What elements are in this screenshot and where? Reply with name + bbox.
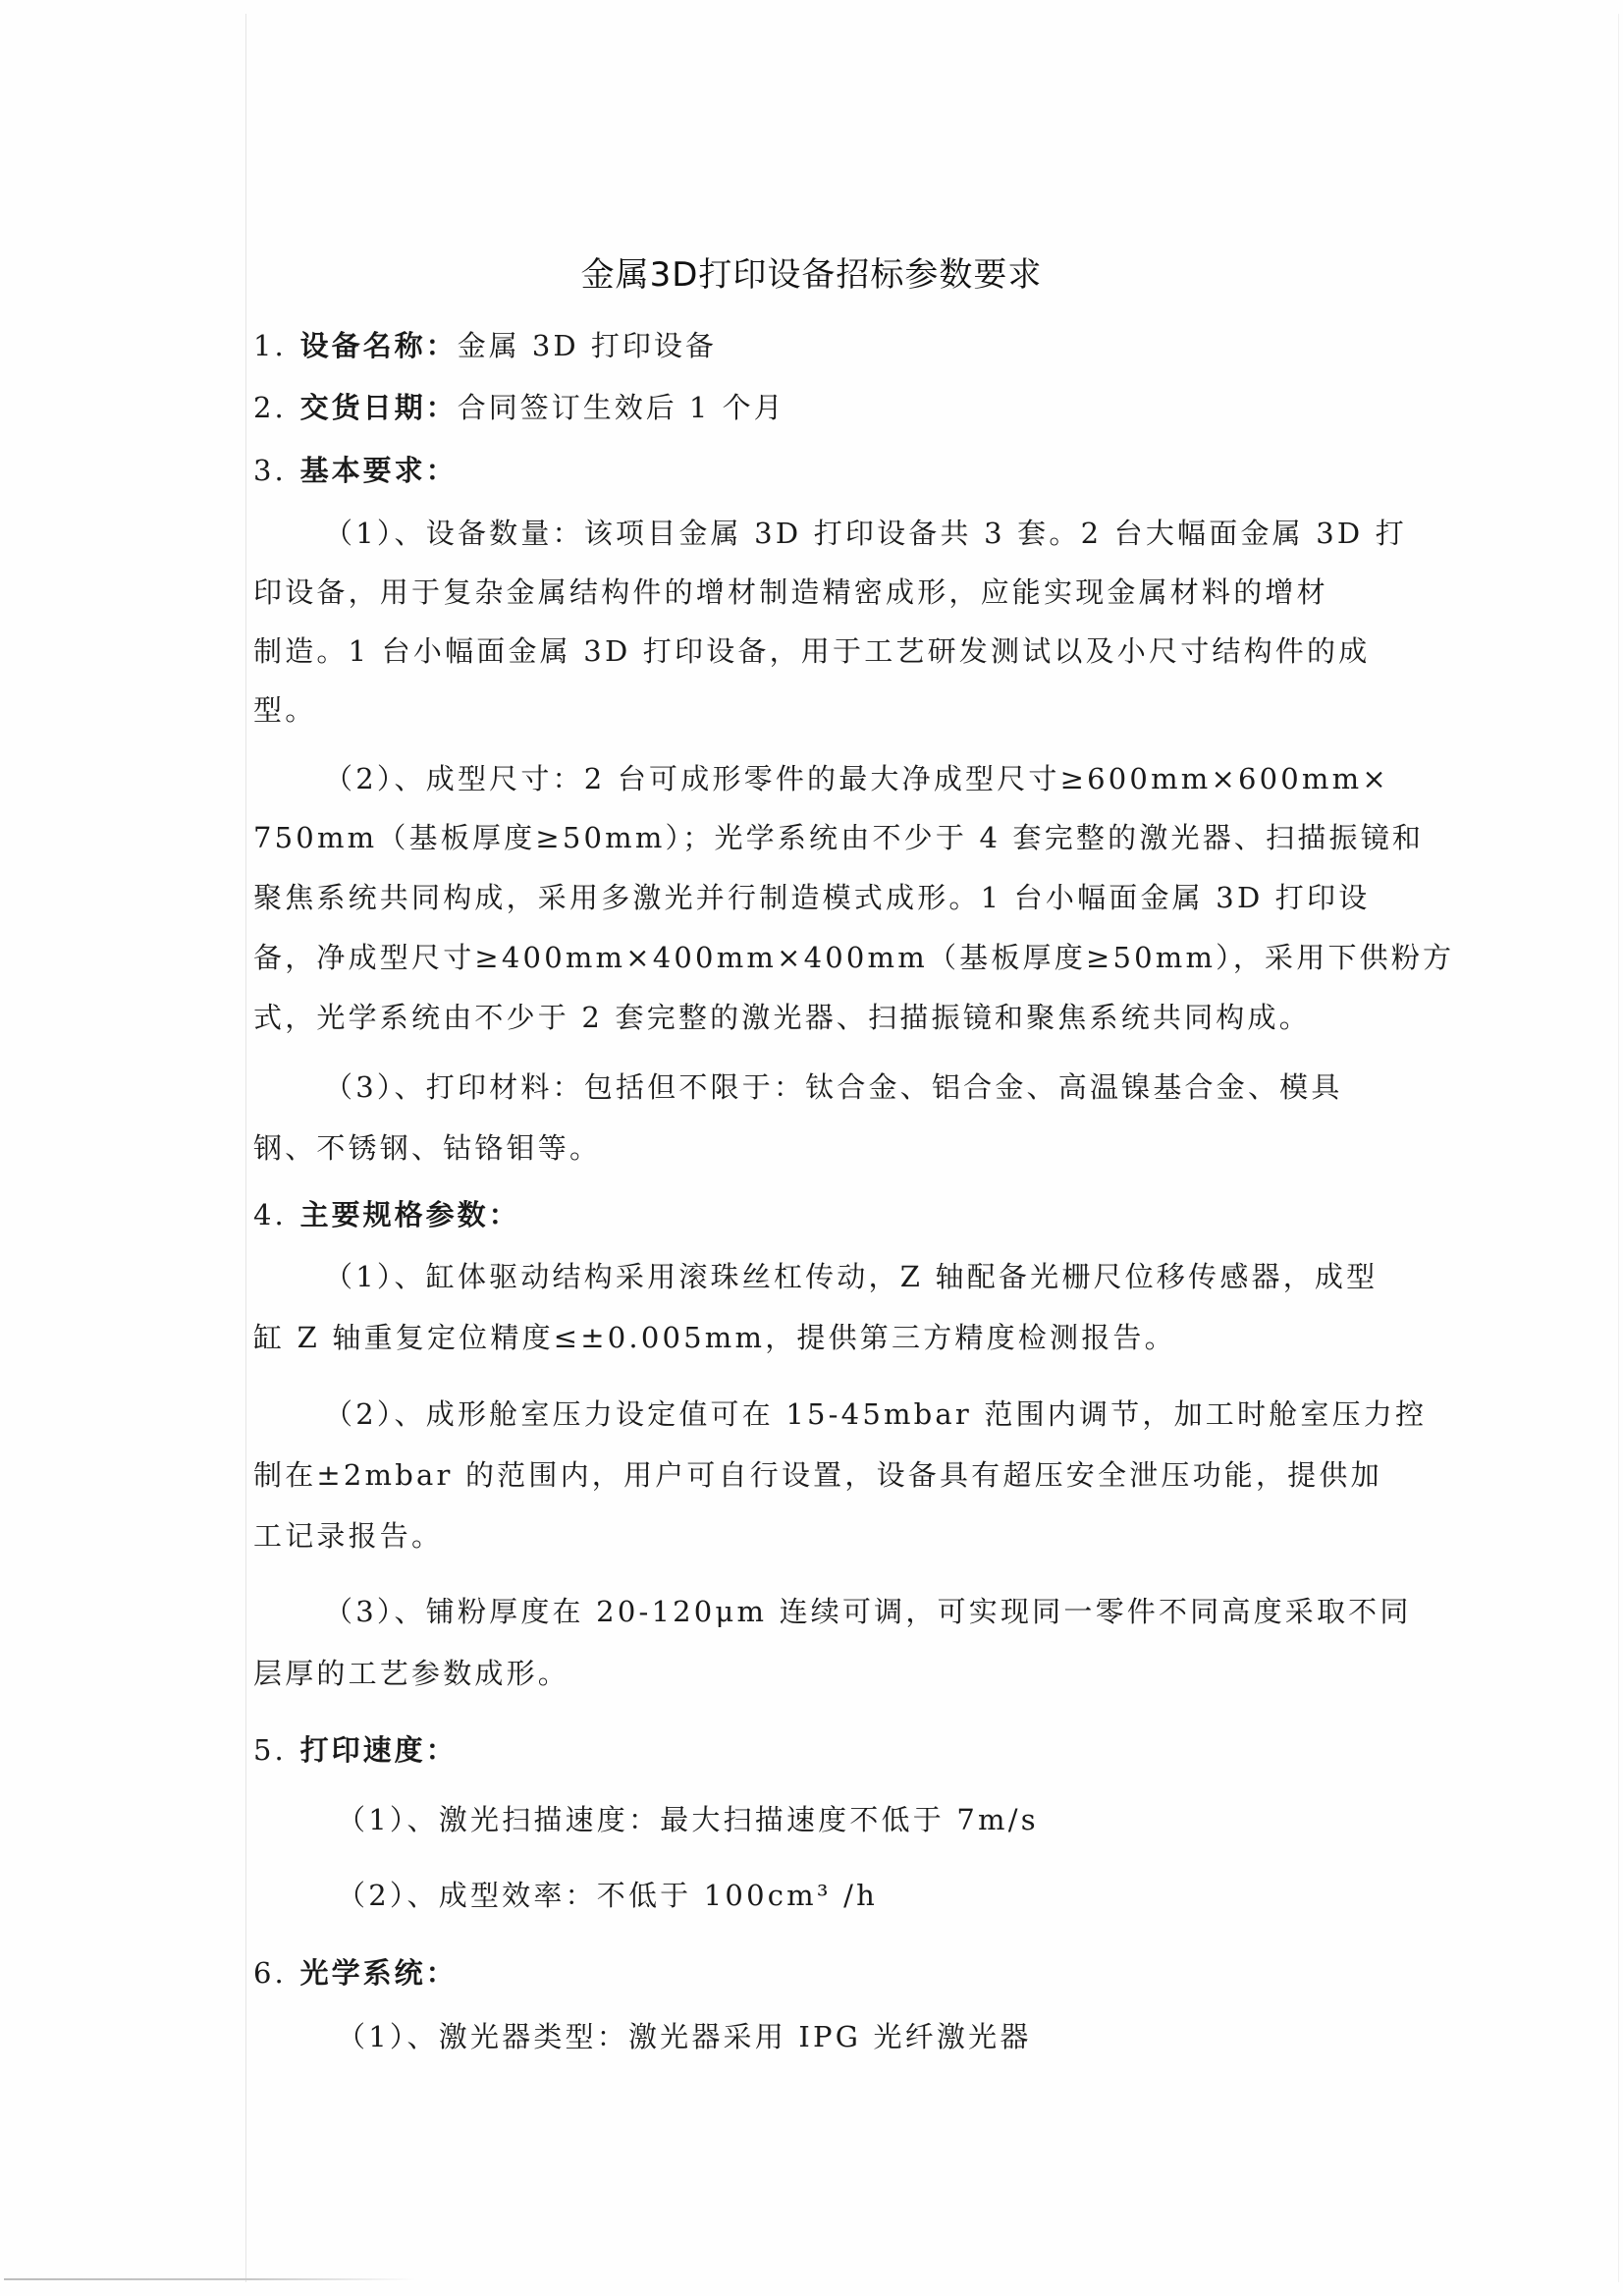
- scan-artifact-right-edge: [1618, 14, 1619, 2282]
- paragraph-line: （1）、激光器类型：激光器采用 IPG 光纤激光器: [337, 2019, 1032, 2054]
- paragraph-line: （1）、激光扫描速度：最大扫描速度不低于 7m/s: [337, 1802, 1039, 1837]
- paragraph-line: （3）、打印材料：包括但不限于：钛合金、铝合金、高温镍基合金、模具: [324, 1069, 1343, 1105]
- section-label: 交货日期：: [300, 391, 458, 424]
- paragraph-line: （2）、成型效率：不低于 100cm³ /h: [337, 1878, 878, 1913]
- section-value: 金属 3D 打印设备: [458, 329, 717, 362]
- section-6-heading: 6.光学系统：: [253, 1955, 458, 1991]
- paragraph-line: 工记录报告。: [253, 1518, 443, 1554]
- paragraph-line: 型。: [253, 692, 316, 728]
- paragraph-line: 聚焦系统共同构成，采用多激光并行制造模式成形。1 台小幅面金属 3D 打印设: [253, 880, 1370, 915]
- section-number: 5.: [253, 1733, 287, 1767]
- section-label: 基本要求：: [300, 454, 458, 487]
- paragraph-line: 制在±2mbar 的范围内，用户可自行设置，设备具有超压安全泄压功能，提供加: [253, 1457, 1382, 1493]
- section-label: 光学系统：: [300, 1956, 458, 1990]
- section-3-heading: 3.基本要求：: [253, 453, 458, 488]
- document-title: 金属3D打印设备招标参数要求: [0, 247, 1623, 296]
- section-number: 1.: [253, 329, 287, 362]
- scan-artifact-vertical-line: [245, 14, 246, 2282]
- paragraph-line: （3）、铺粉厚度在 20-120μm 连续可调，可实现同一零件不同高度采取不同: [324, 1594, 1412, 1629]
- section-1-heading: 1.设备名称：金属 3D 打印设备: [253, 328, 717, 363]
- paragraph-line: 层厚的工艺参数成形。: [253, 1656, 569, 1691]
- paragraph-line: （2）、成型尺寸：2 台可成形零件的最大净成型尺寸≥600mm×600mm×: [324, 761, 1389, 796]
- section-number: 2.: [253, 391, 287, 424]
- section-label: 主要规格参数：: [300, 1198, 520, 1231]
- section-number: 3.: [253, 454, 287, 487]
- paragraph-line: （1）、设备数量：该项目金属 3D 打印设备共 3 套。2 台大幅面金属 3D …: [324, 516, 1407, 551]
- section-4-heading: 4.主要规格参数：: [253, 1197, 520, 1232]
- section-number: 4.: [253, 1198, 287, 1231]
- paragraph-line: 式，光学系统由不少于 2 套完整的激光器、扫描振镜和聚焦系统共同构成。: [253, 1000, 1311, 1035]
- paragraph-line: 制造。1 台小幅面金属 3D 打印设备，用于工艺研发测试以及小尺寸结构件的成: [253, 633, 1370, 669]
- paragraph-line: 钢、不锈钢、钴铬钼等。: [253, 1130, 601, 1166]
- section-2-heading: 2.交货日期：合同签订生效后 1 个月: [253, 390, 785, 425]
- section-value: 合同签订生效后 1 个月: [458, 391, 785, 424]
- paragraph-line: 印设备，用于复杂金属结构件的增材制造精密成形，应能实现金属材料的增材: [253, 574, 1328, 610]
- section-number: 6.: [253, 1956, 287, 1990]
- document-page: 金属3D打印设备招标参数要求 1.设备名称：金属 3D 打印设备 2.交货日期：…: [0, 0, 1623, 2296]
- paragraph-line: 备，净成型尺寸≥400mm×400mm×400mm（基板厚度≥50mm），采用下…: [253, 940, 1454, 975]
- paragraph-line: 缸 Z 轴重复定位精度≤±0.005mm，提供第三方精度检测报告。: [253, 1320, 1176, 1355]
- section-label: 设备名称：: [300, 329, 458, 362]
- paragraph-line: （2）、成形舱室压力设定值可在 15-45mbar 范围内调节，加工时舱室压力控: [324, 1396, 1427, 1432]
- scan-artifact-horizontal-line: [4, 2278, 416, 2280]
- section-5-heading: 5.打印速度：: [253, 1732, 458, 1768]
- section-label: 打印速度：: [300, 1733, 458, 1767]
- paragraph-line: 750mm（基板厚度≥50mm）；光学系统由不少于 4 套完整的激光器、扫描振镜…: [253, 820, 1424, 855]
- paragraph-line: （1）、缸体驱动结构采用滚珠丝杠传动，Z 轴配备光栅尺位移传感器，成型: [324, 1259, 1378, 1294]
